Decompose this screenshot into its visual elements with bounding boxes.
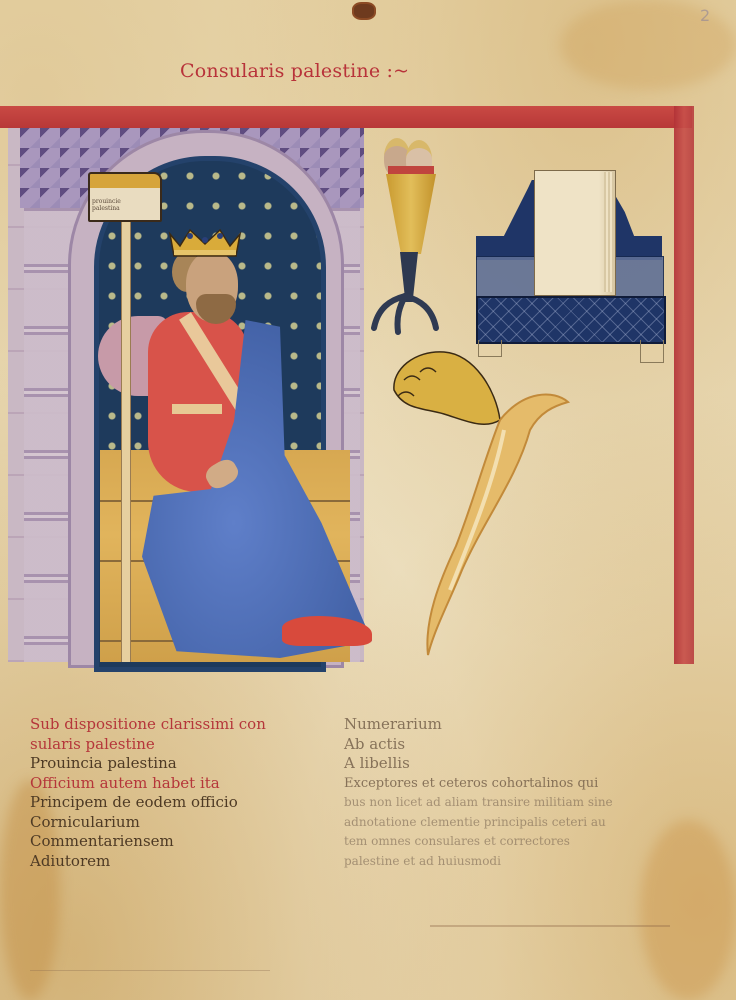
- book-pages: [604, 172, 614, 292]
- parchment-page: 2 Consularis palestine :~ pr: [0, 0, 736, 1000]
- text-line: palestine et ad huiusmodi: [344, 852, 624, 872]
- codicil-base: [476, 296, 666, 344]
- text-line: Sub dispositione clarissimi con: [30, 715, 340, 735]
- text-line: tem omnes consulares et correctores: [344, 832, 624, 852]
- banner-text: prouincie palestina: [92, 198, 156, 212]
- text-line: A libellis: [344, 754, 624, 774]
- text-line: Prouincia palestina: [30, 754, 340, 774]
- cornucopia-icon: [384, 350, 584, 660]
- text-column-left: Sub dispositione clarissimi con sularis …: [30, 715, 340, 871]
- tripod-icon: [370, 292, 440, 338]
- text-line: Cornicularium: [30, 813, 340, 833]
- gold-cone: [386, 174, 436, 254]
- crown-icon: [166, 226, 244, 258]
- text-line: bus non licet ad aliam transire militiam…: [344, 793, 624, 813]
- text-line: Numerarium: [344, 715, 624, 735]
- red-frame-top: [0, 106, 692, 128]
- banner-line: palestina: [92, 205, 156, 212]
- ruling-line: [430, 925, 670, 927]
- gilded-banner: [88, 172, 162, 222]
- rubric-title: Consularis palestine :~: [180, 60, 409, 82]
- text-line: Principem de eodem officio: [30, 793, 340, 813]
- text-line: Adiutorem: [30, 852, 340, 872]
- text-line: sularis palestine: [30, 735, 340, 755]
- text-line: Exceptores et ceteros cohortalinos qui: [344, 774, 624, 794]
- text-line: Officium autem habet ita: [30, 774, 340, 794]
- text-line: adnotatione clementie principalis ceteri…: [344, 813, 624, 833]
- staff: [121, 218, 131, 662]
- ruling-line: [30, 970, 270, 971]
- text-line: Ab actis: [344, 735, 624, 755]
- banner-line: prouincie: [92, 198, 156, 205]
- codicil-leg: [640, 340, 664, 363]
- red-frame-right: [674, 106, 694, 664]
- king-belt: [172, 404, 222, 414]
- text-line: Commentariensem: [30, 832, 340, 852]
- text-column-right: Numerarium Ab actis A libellis Exceptore…: [344, 715, 624, 871]
- bust-collar: [388, 166, 434, 174]
- parchment-hole: [352, 2, 376, 20]
- folio-number: 2: [700, 6, 710, 25]
